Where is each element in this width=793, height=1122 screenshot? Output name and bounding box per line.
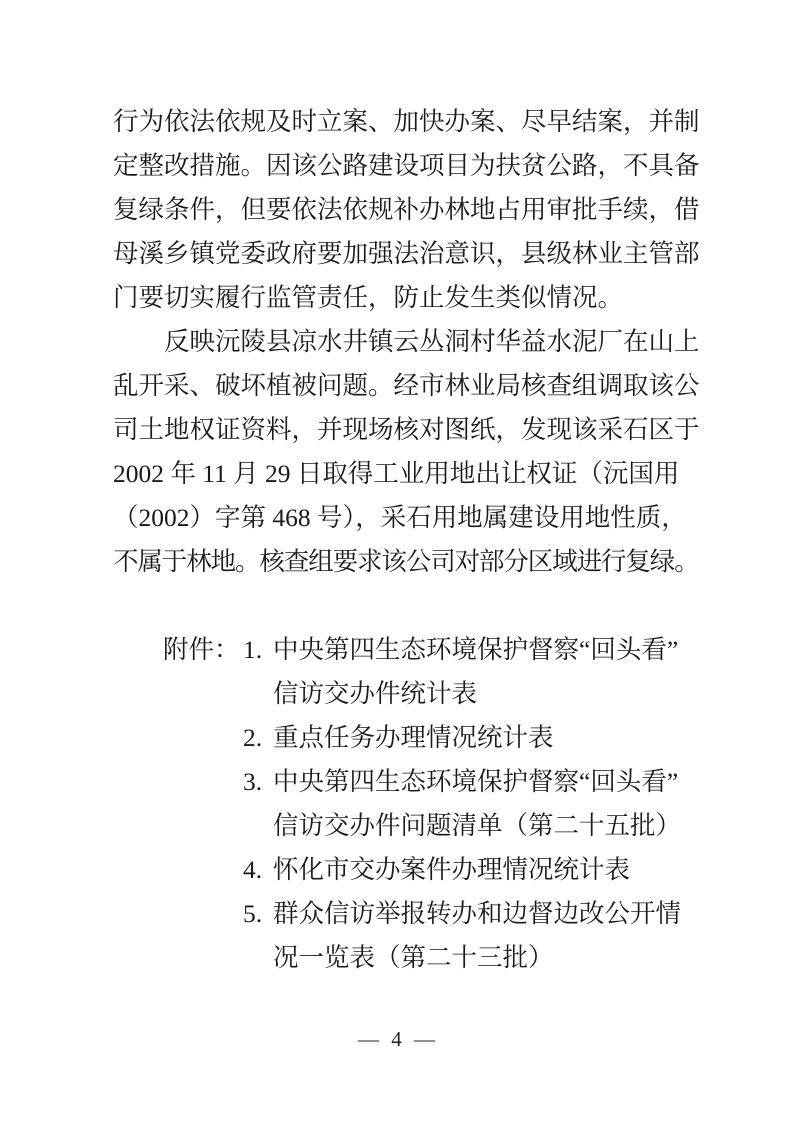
attachment-item-text: 中央第四生态环境保护督察“回头看” (273, 628, 678, 672)
attachment-item-number: 4. (243, 848, 273, 892)
attachment-item-5: 5. 群众信访举报转办和边督边改公开情 (113, 892, 753, 936)
attachment-label-spacer (163, 672, 243, 716)
attachment-item-3-continued: 信访交办件问题清单（第二十五批） (113, 804, 753, 848)
text-line: 不属于林地。核查组要求该公司对部分区域进行复绿。 (113, 540, 753, 584)
attachment-item-number: 1. (243, 628, 273, 672)
text-line: 母溪乡镇党委政府要加强法治意识，县级林业主管部 (113, 232, 753, 276)
page-number: — 4 — (358, 1027, 435, 1051)
text-line: 行为依法依规及时立案、加快办案、尽早结案，并制 (113, 100, 753, 144)
attachment-label: 附件： (163, 628, 243, 672)
attachment-label-spacer (163, 848, 243, 892)
attachment-item-text: 况一览表（第二十三批） (273, 936, 554, 980)
attachment-item-1-continued: 信访交办件统计表 (113, 672, 753, 716)
attachment-list: 附件： 1. 中央第四生态环境保护督察“回头看” 信访交办件统计表 2. 重点任… (113, 628, 753, 980)
text-line: 门要切实履行监管责任，防止发生类似情况。 (113, 276, 753, 320)
attachment-item-4: 4. 怀化市交办案件办理情况统计表 (113, 848, 753, 892)
attachment-item-text: 群众信访举报转办和边督边改公开情 (273, 892, 681, 936)
paragraph-1: 行为依法依规及时立案、加快办案、尽早结案，并制 定整改措施。因该公路建设项目为扶… (113, 100, 753, 320)
attachment-label-spacer (163, 760, 243, 804)
page-footer: — 4 — (0, 1026, 793, 1052)
attachment-item-text: 信访交办件问题清单（第二十五批） (273, 804, 681, 848)
attachment-label-spacer (163, 716, 243, 760)
attachment-label-spacer (163, 804, 243, 848)
attachment-item-number: 2. (243, 716, 273, 760)
attachment-number-spacer (243, 672, 273, 716)
text-line: 反映沅陵县凉水井镇云丛洞村华益水泥厂在山上 (113, 320, 753, 364)
text-line: 司土地权证资料，并现场核对图纸，发现该采石区于 (113, 408, 753, 452)
attachment-label-spacer (163, 892, 243, 936)
paragraph-2: 反映沅陵县凉水井镇云丛洞村华益水泥厂在山上 乱开采、破坏植被问题。经市林业局核查… (113, 320, 753, 584)
document-body: 行为依法依规及时立案、加快办案、尽早结案，并制 定整改措施。因该公路建设项目为扶… (113, 100, 753, 980)
attachment-item-1: 附件： 1. 中央第四生态环境保护督察“回头看” (113, 628, 753, 672)
attachment-item-text: 怀化市交办案件办理情况统计表 (273, 848, 630, 892)
attachment-item-number: 3. (243, 760, 273, 804)
attachment-number-spacer (243, 936, 273, 980)
attachment-item-text: 信访交办件统计表 (273, 672, 477, 716)
text-line: 乱开采、破坏植被问题。经市林业局核查组调取该公 (113, 364, 753, 408)
document-page: 行为依法依规及时立案、加快办案、尽早结案，并制 定整改措施。因该公路建设项目为扶… (0, 0, 793, 1122)
attachment-label-spacer (163, 936, 243, 980)
text-line: （2002）字第 468 号），采石用地属建设用地性质， (113, 496, 753, 540)
attachment-item-text: 中央第四生态环境保护督察“回头看” (273, 760, 678, 804)
attachment-number-spacer (243, 804, 273, 848)
text-line: 定整改措施。因该公路建设项目为扶贫公路，不具备 (113, 144, 753, 188)
attachment-item-2: 2. 重点任务办理情况统计表 (113, 716, 753, 760)
text-line: 复绿条件，但要依法依规补办林地占用审批手续，借 (113, 188, 753, 232)
attachment-item-text: 重点任务办理情况统计表 (273, 716, 554, 760)
attachment-item-number: 5. (243, 892, 273, 936)
text-line: 2002 年 11 月 29 日取得工业用地出让权证（沅国用 (113, 452, 753, 496)
attachment-item-5-continued: 况一览表（第二十三批） (113, 936, 753, 980)
attachment-item-3: 3. 中央第四生态环境保护督察“回头看” (113, 760, 753, 804)
